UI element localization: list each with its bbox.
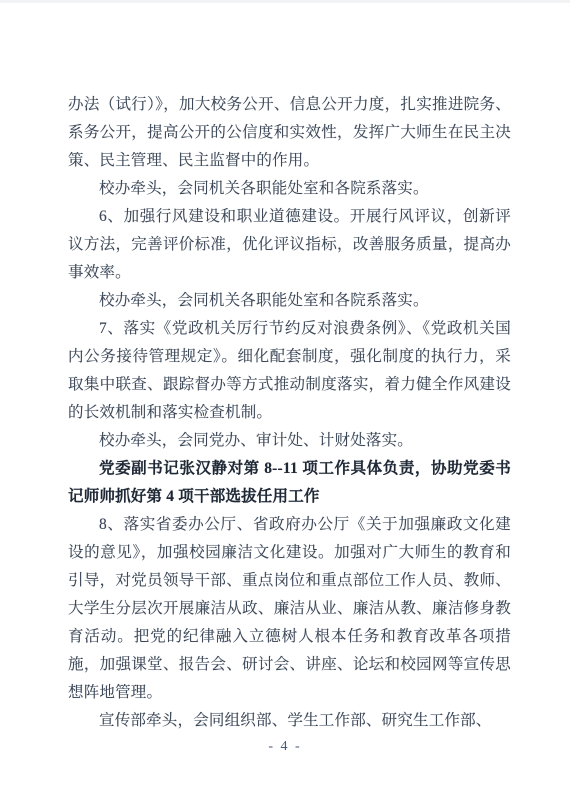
scanned-document-page: 办法（试行）》，加大校务公开、信息公开力度，扎实推进院务、系务公开，提高公开的公… [0, 0, 570, 801]
document-paragraph: 办法（试行）》，加大校务公开、信息公开力度，扎实推进院务、系务公开，提高公开的公… [68, 91, 511, 175]
document-body: 办法（试行）》，加大校务公开、信息公开力度，扎实推进院务、系务公开，提高公开的公… [68, 91, 511, 735]
document-paragraph: 宣传部牵头，会同组织部、学生工作部、研究生工作部、 [68, 707, 511, 735]
document-paragraph: 6、加强行风建设和职业道德建设。开展行风评议，创新评议方法，完善评价标准，优化评… [68, 203, 511, 287]
page-number: - 4 - [0, 739, 570, 755]
document-paragraph: 8、落实省委办公厅、省政府办公厅《关于加强廉政文化建设的意见》，加强校园廉洁文化… [68, 511, 511, 707]
document-paragraph: 校办牵头，会同党办、审计处、计财处落实。 [68, 427, 511, 455]
document-paragraph: 校办牵头，会同机关各职能处室和各院系落实。 [68, 287, 511, 315]
document-paragraph: 校办牵头，会同机关各职能处室和各院系落实。 [68, 175, 511, 203]
document-paragraph: 7、落实《党政机关厉行节约反对浪费条例》、《党政机关国内公务接待管理规定》。细化… [68, 315, 511, 427]
responsibility-heading: 党委副书记张汉静对第 8--11 项工作具体负责，协助党委书记师帅抓好第 4 项… [68, 455, 511, 511]
